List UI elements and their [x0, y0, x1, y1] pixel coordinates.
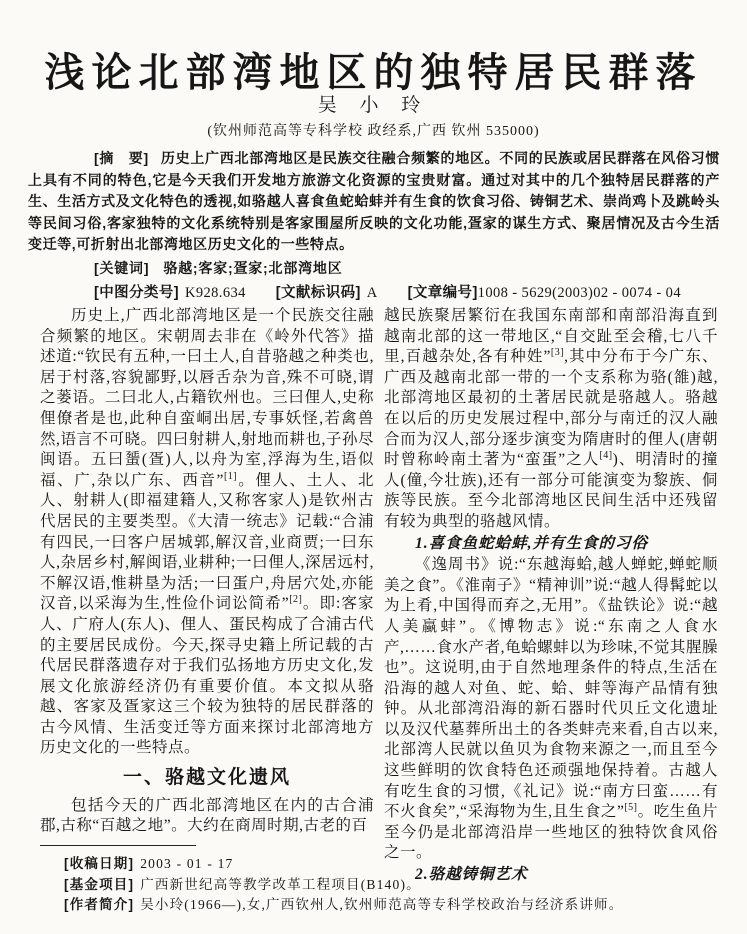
clc-value: K928.634 — [185, 285, 246, 301]
article-id-label: [文章编号] — [408, 285, 478, 301]
footnote-received-value: 2003 - 01 - 17 — [140, 856, 233, 871]
footnote-fund-label: [基金项目] — [64, 877, 134, 892]
classification-line: [中图分类号]K928.634[文献标识码]A[文章编号]1008 - 5629… — [94, 281, 681, 302]
footnote-fund-value: 广西新世纪高等教学改革工程项目(B140)。 — [140, 877, 421, 892]
footnote-divider — [40, 845, 196, 846]
keywords-line: [关键词]骆越;客家;疍家;北部湾地区 — [94, 258, 343, 278]
affiliation: (钦州师范高等专科学校 政经系,广西 钦州 535000) — [0, 120, 747, 140]
footnote-author-value: 吴小玲(1966—),女,广西钦州人,钦州师范高等专科学校政治与经济系讲师。 — [140, 897, 623, 912]
abstract-label: [摘 要] — [94, 150, 149, 166]
keywords-label: [关键词] — [94, 260, 149, 276]
footnote-received: [收稿日期]2003 - 01 - 17 — [40, 854, 720, 875]
clc-label: [中图分类号] — [94, 285, 179, 301]
body-paragraph-baiyue: 包括今天的广西北部湾地区在内的古合浦郡,古称“百越之地”。大约在商周时期,古老的… — [40, 796, 374, 837]
author-name: 吴 小 玲 — [0, 90, 747, 117]
article-id-value: 1008 - 5629(2003)02 - 0074 - 04 — [478, 285, 681, 301]
body-paragraph-diet: 《逸周书》说:“东越海蛤,越人蝉蛇,蝉蛇顺美之食”。《淮南子》“精神训”说:“越… — [384, 555, 718, 864]
footnote-received-label: [收稿日期] — [64, 856, 134, 871]
body-paragraph-intro: 历史上,广西北部湾地区是一个民族交往融合频繁的地区。宋朝周去非在《岭外代答》描述… — [40, 306, 374, 759]
subsection-heading-diet: 1.喜食鱼蛇蛤蚌,并有生食的习俗 — [384, 534, 718, 555]
paper-page: 浅论北部湾地区的独特居民群落 吴 小 玲 (钦州师范高等专科学校 政经系,广西 … — [0, 0, 747, 934]
doc-code-value: A — [367, 285, 378, 301]
footnote-author-label: [作者简介] — [64, 897, 134, 912]
right-column: 越民族聚居繁衍在我国东南部和南部沿海直到越南北部的这一带地区,“自交趾至会稽,七… — [384, 306, 718, 887]
section-heading-luoyue: 一、骆越文化遗风 — [40, 768, 374, 789]
doc-code-label: [文献标识码] — [276, 285, 361, 301]
keywords-text: 骆越;客家;疍家;北部湾地区 — [163, 260, 342, 276]
left-column: 历史上,广西北部湾地区是一个民族交往融合频繁的地区。宋朝周去非在《岭外代答》描述… — [40, 306, 374, 837]
footnote-fund: [基金项目]广西新世纪高等教学改革工程项目(B140)。 — [40, 875, 720, 896]
abstract-block: [摘 要]历史上广西北部湾地区是民族交往融合频繁的地区。不同的民族或居民群落在风… — [28, 148, 720, 256]
body-paragraph-baiyue-continued: 越民族聚居繁衍在我国东南部和南部沿海直到越南北部的这一带地区,“自交趾至会稽,七… — [384, 306, 718, 533]
footnote-author: [作者简介]吴小玲(1966—),女,广西钦州人,钦州师范高等专科学校政治与经济… — [40, 895, 720, 916]
footnotes-block: [收稿日期]2003 - 01 - 17 [基金项目]广西新世纪高等教学改革工程… — [40, 845, 720, 916]
